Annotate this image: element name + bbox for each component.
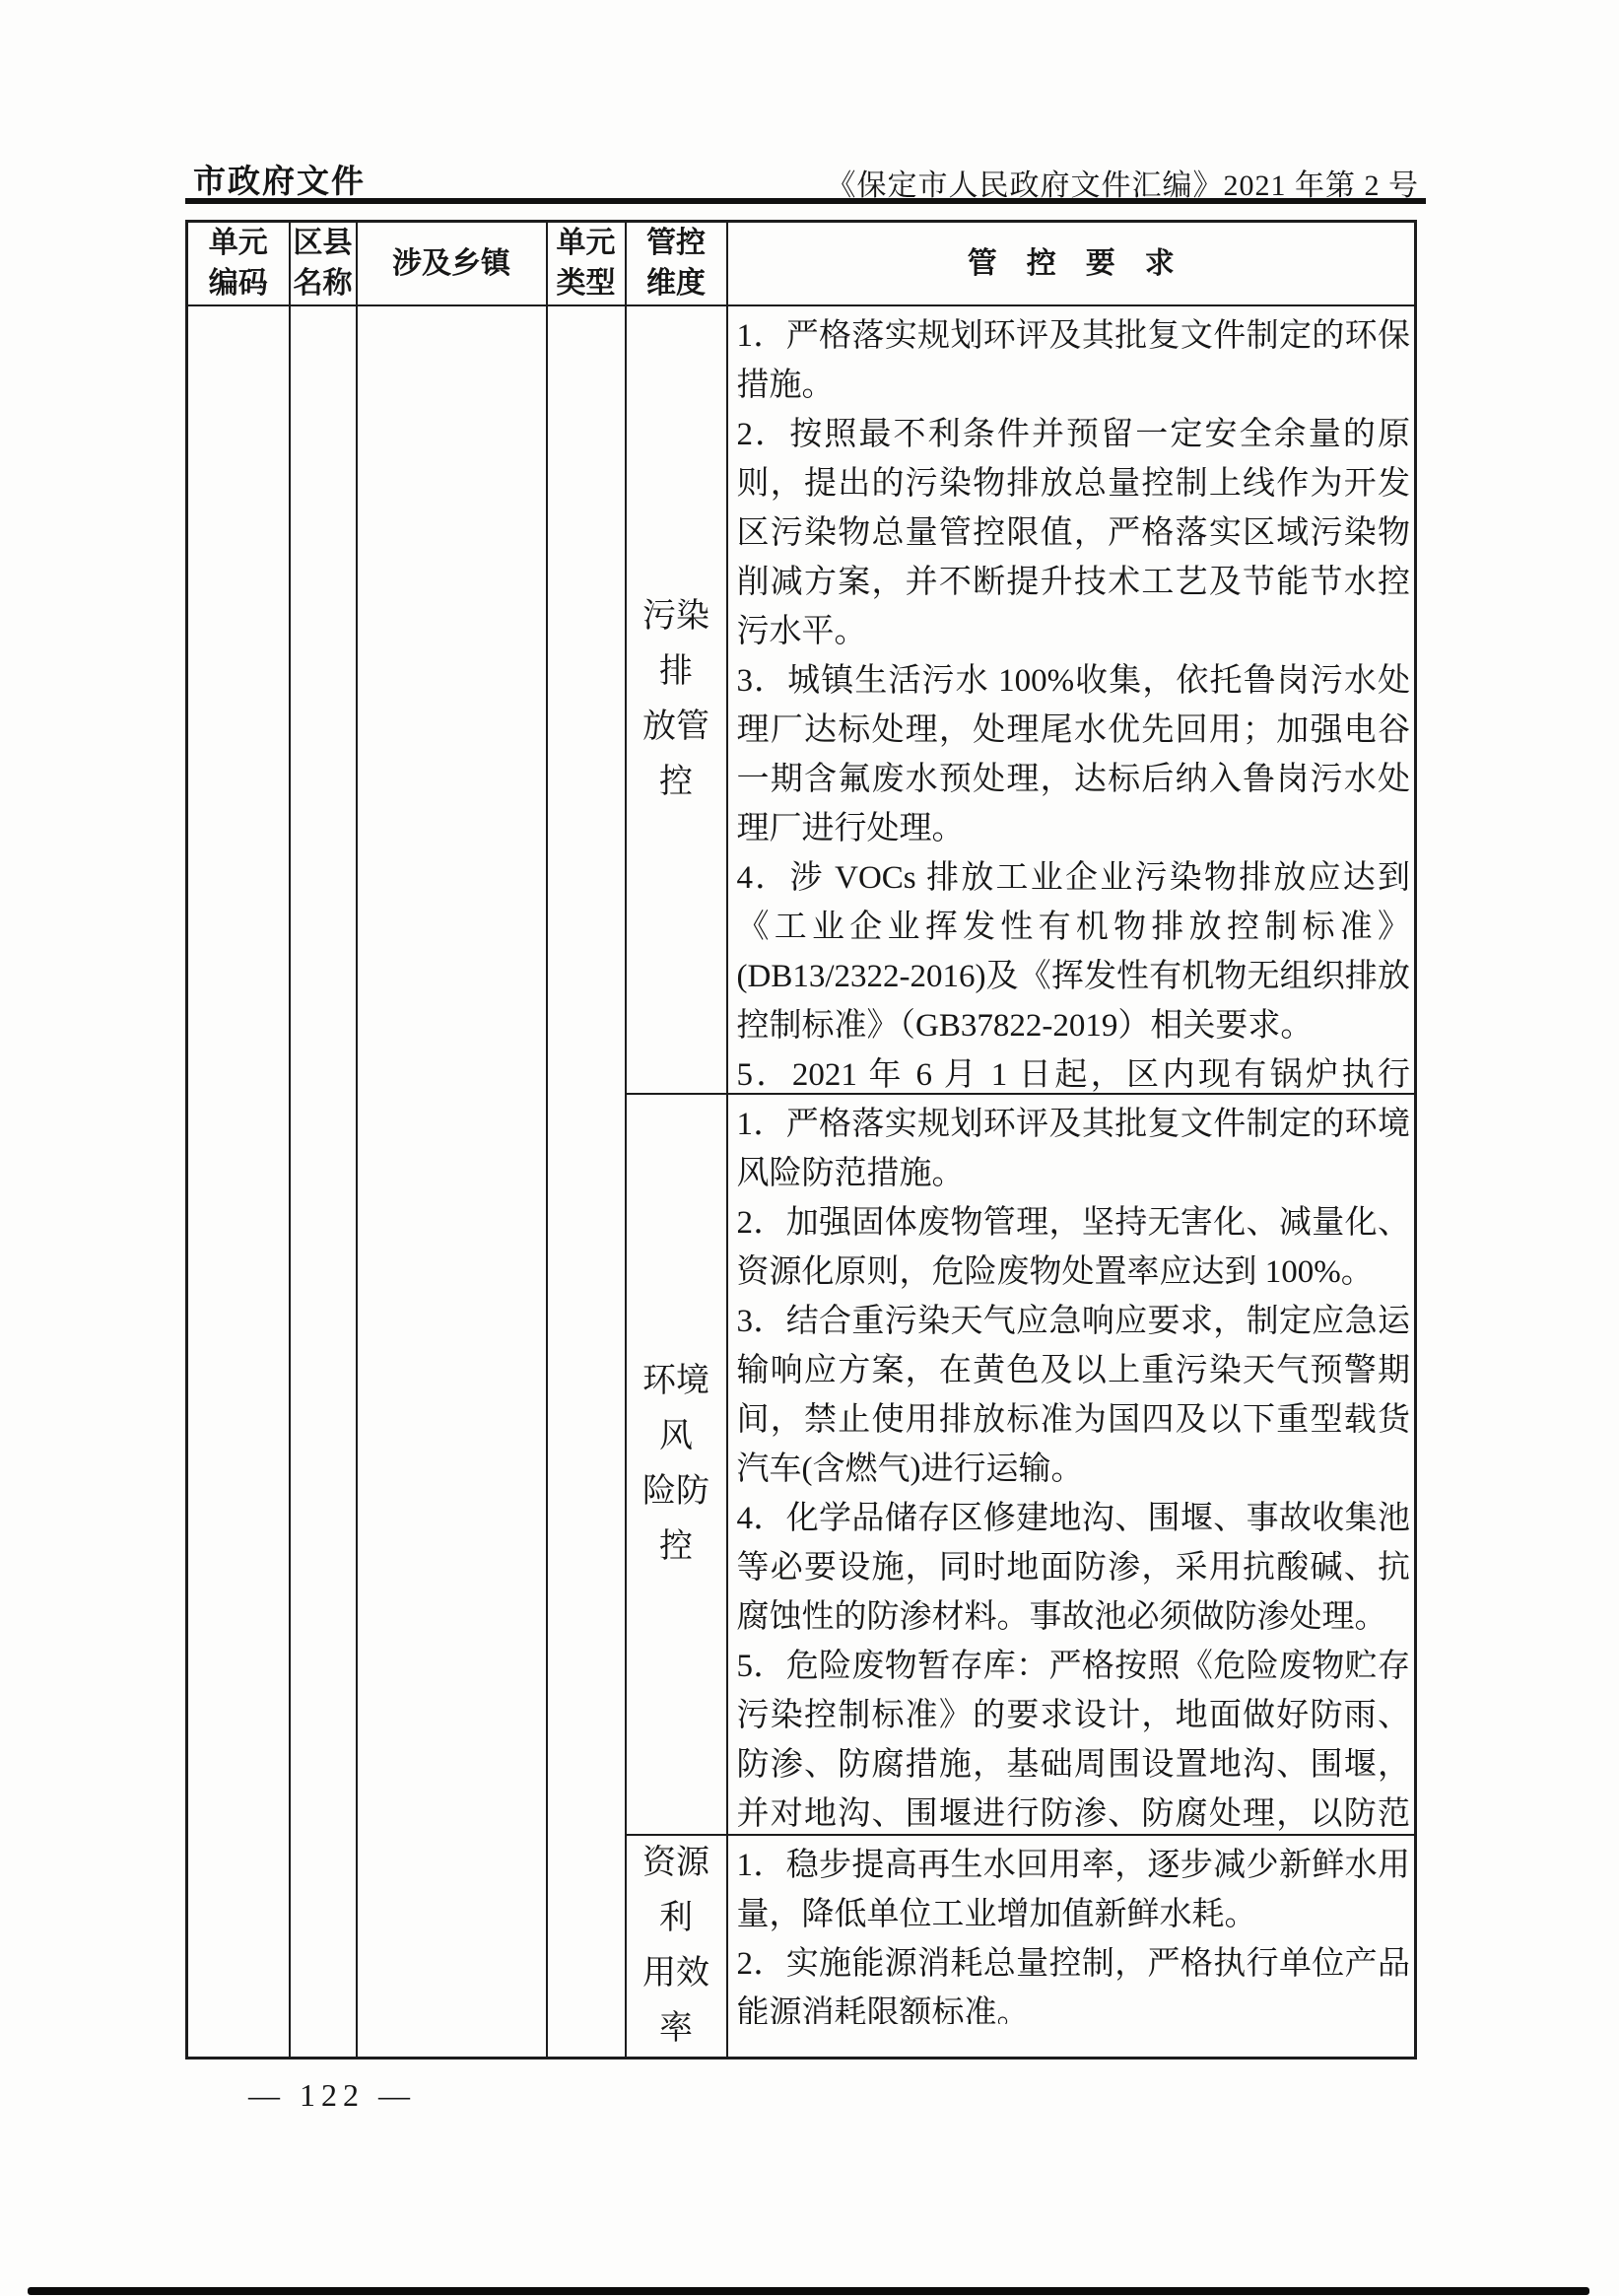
control-requirements-table-wrap: 单元 编码 区县 名称 涉及乡镇 单元 类型 管控 维度 管 控 要 求 污染排… <box>185 220 1417 2060</box>
requirements-cell-pollution-discharge: 1．严格落实规划环评及其批复文件制定的环保措施。 2．按照最不利条件并预留一定安… <box>727 305 1416 1094</box>
column-header-unit-type: 单元 类型 <box>547 222 626 305</box>
dimension-label-environmental-risk: 环境风 险防控 <box>626 1094 727 1835</box>
scan-edge-artifact <box>28 2287 1589 2295</box>
townships-cell <box>357 305 547 2059</box>
county-name-cell <box>290 305 357 2059</box>
page-number: — 122 — <box>248 2077 416 2114</box>
requirements-text-resource-efficiency: 1．稳步提高再生水回用率，逐步减少新鲜水用量，降低单位工业增加值新鲜水耗。 2．… <box>728 1836 1415 2024</box>
unit-type-cell <box>547 305 626 2059</box>
requirements-text-environmental-risk: 1．严格落实规划环评及其批复文件制定的环境风险防范措施。 2．加强固体废物管理，… <box>728 1095 1415 1834</box>
table-header-row: 单元 编码 区县 名称 涉及乡镇 单元 类型 管控 维度 管 控 要 求 <box>187 222 1416 305</box>
dimension-label-resource-efficiency: 资源利 用效率 <box>626 1835 727 2059</box>
column-header-townships: 涉及乡镇 <box>357 222 547 305</box>
unit-code-cell <box>187 305 290 2059</box>
header-divider-rule <box>185 198 1426 204</box>
column-header-control-dimension: 管控 维度 <box>626 222 727 305</box>
dimension-label-pollution-discharge: 污染排 放管控 <box>626 305 727 1094</box>
requirements-cell-environmental-risk: 1．严格落实规划环评及其批复文件制定的环境风险防范措施。 2．加强固体废物管理，… <box>727 1094 1416 1835</box>
column-header-unit-code: 单元 编码 <box>187 222 290 305</box>
table-row-pollution-discharge: 污染排 放管控 1．严格落实规划环评及其批复文件制定的环保措施。 2．按照最不利… <box>187 305 1416 1094</box>
scanned-document-page: 市政府文件 《保定市人民政府文件汇编》2021 年第 2 号 单元 编码 区县 … <box>0 0 1619 2296</box>
column-header-county-name: 区县 名称 <box>290 222 357 305</box>
control-requirements-table: 单元 编码 区县 名称 涉及乡镇 单元 类型 管控 维度 管 控 要 求 污染排… <box>185 220 1417 2060</box>
column-header-control-requirements: 管 控 要 求 <box>727 222 1416 305</box>
requirements-cell-resource-efficiency: 1．稳步提高再生水回用率，逐步减少新鲜水用量，降低单位工业增加值新鲜水耗。 2．… <box>727 1835 1416 2059</box>
requirements-text-pollution-discharge: 1．严格落实规划环评及其批复文件制定的环保措施。 2．按照最不利条件并预留一定安… <box>728 306 1415 1093</box>
document-category-label: 市政府文件 <box>193 156 366 202</box>
